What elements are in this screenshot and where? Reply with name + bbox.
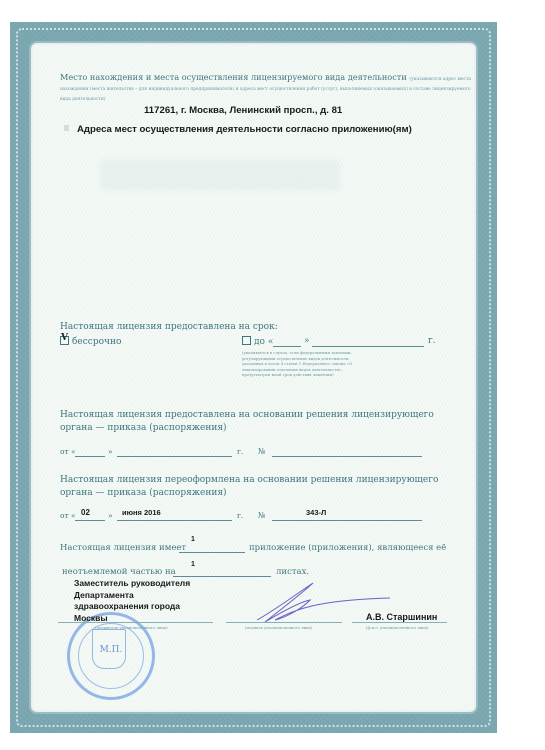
reissue-day: 02 bbox=[81, 508, 90, 517]
watermark bbox=[100, 160, 340, 190]
grant-year-suffix: г. bbox=[237, 447, 243, 456]
appendix-count-line bbox=[179, 552, 245, 553]
location-heading: Место нахождения и места осуществления л… bbox=[60, 72, 407, 82]
addresses-checkbox bbox=[64, 125, 69, 131]
reissue-quote-close: » bbox=[108, 511, 113, 520]
grant-number-line bbox=[272, 456, 422, 457]
reissue-number-line bbox=[272, 520, 422, 521]
unlimited-checkbox[interactable]: V bbox=[60, 336, 69, 345]
appendix-text-before: Настоящая лицензия имеет bbox=[60, 543, 186, 553]
sheet-count-line bbox=[173, 576, 271, 577]
position-caption: (должность уполномоченного лица) bbox=[95, 625, 168, 631]
signature-caption: (подпись уполномоченного лица) bbox=[245, 625, 312, 631]
appendix-sheets-after: листах. bbox=[276, 567, 309, 577]
reissue-number: 343-Л bbox=[306, 508, 326, 517]
reissue-month-year: июня 2016 bbox=[122, 508, 161, 517]
location-section: Место нахождения и места осуществления л… bbox=[60, 73, 480, 103]
grant-day-line bbox=[75, 456, 105, 457]
appendix-sheets-before: неотъемлемой частью на bbox=[62, 567, 176, 577]
grant-heading: Настоящая лицензия предоставлена на осно… bbox=[60, 409, 460, 435]
position-line-1: Заместитель руководителя bbox=[74, 578, 190, 590]
grant-number-label: № bbox=[258, 447, 266, 456]
until-date-line bbox=[312, 346, 424, 347]
reissue-day-line bbox=[75, 520, 105, 521]
signatory-name: А.В. Старшинин bbox=[366, 612, 437, 622]
unlimited-label: бессрочно bbox=[72, 337, 121, 347]
address: 117261, г. Москва, Ленинский просп., д. … bbox=[144, 105, 342, 116]
signatory-position: Заместитель руководителя Департамента зд… bbox=[74, 578, 190, 624]
until-year-suffix: г. bbox=[428, 336, 436, 346]
grant-date-line bbox=[117, 456, 232, 457]
term-unlimited-option[interactable]: Vбессрочно bbox=[60, 336, 121, 347]
reissue-date-line bbox=[117, 520, 232, 521]
until-checkbox[interactable] bbox=[242, 336, 251, 345]
until-note: (указывается в случае, если федеральными… bbox=[242, 350, 367, 378]
position-line-2: Департамента bbox=[74, 590, 190, 602]
name-line bbox=[352, 622, 447, 623]
grant-from-label: от « bbox=[60, 447, 76, 456]
appendix-count: 1 bbox=[191, 536, 195, 543]
name-caption: (ф.и.о. уполномоченного лица) bbox=[366, 625, 428, 631]
addresses-note: Адреса мест осуществления деятельности с… bbox=[77, 124, 412, 135]
term-heading: Настоящая лицензия предоставлена на срок… bbox=[60, 322, 278, 332]
reissue-year-suffix: г. bbox=[237, 511, 243, 520]
term-until-option[interactable]: до « bbox=[242, 336, 273, 347]
until-day-line bbox=[273, 346, 301, 347]
stamp-label: М.П. bbox=[70, 645, 152, 655]
until-label: до « bbox=[254, 337, 273, 347]
position-line-3: здравоохранения города bbox=[74, 601, 190, 613]
reissue-heading: Настоящая лицензия переоформлена на осно… bbox=[60, 474, 460, 500]
reissue-from-label: от « bbox=[60, 511, 76, 520]
grant-quote-close: » bbox=[108, 447, 113, 456]
reissue-number-label: № bbox=[258, 511, 266, 520]
position-line bbox=[58, 622, 213, 623]
until-quote-close: » bbox=[304, 336, 310, 346]
sheet-count: 1 bbox=[191, 561, 195, 568]
appendix-text-after: приложение (приложения), являющееся её bbox=[249, 543, 446, 553]
